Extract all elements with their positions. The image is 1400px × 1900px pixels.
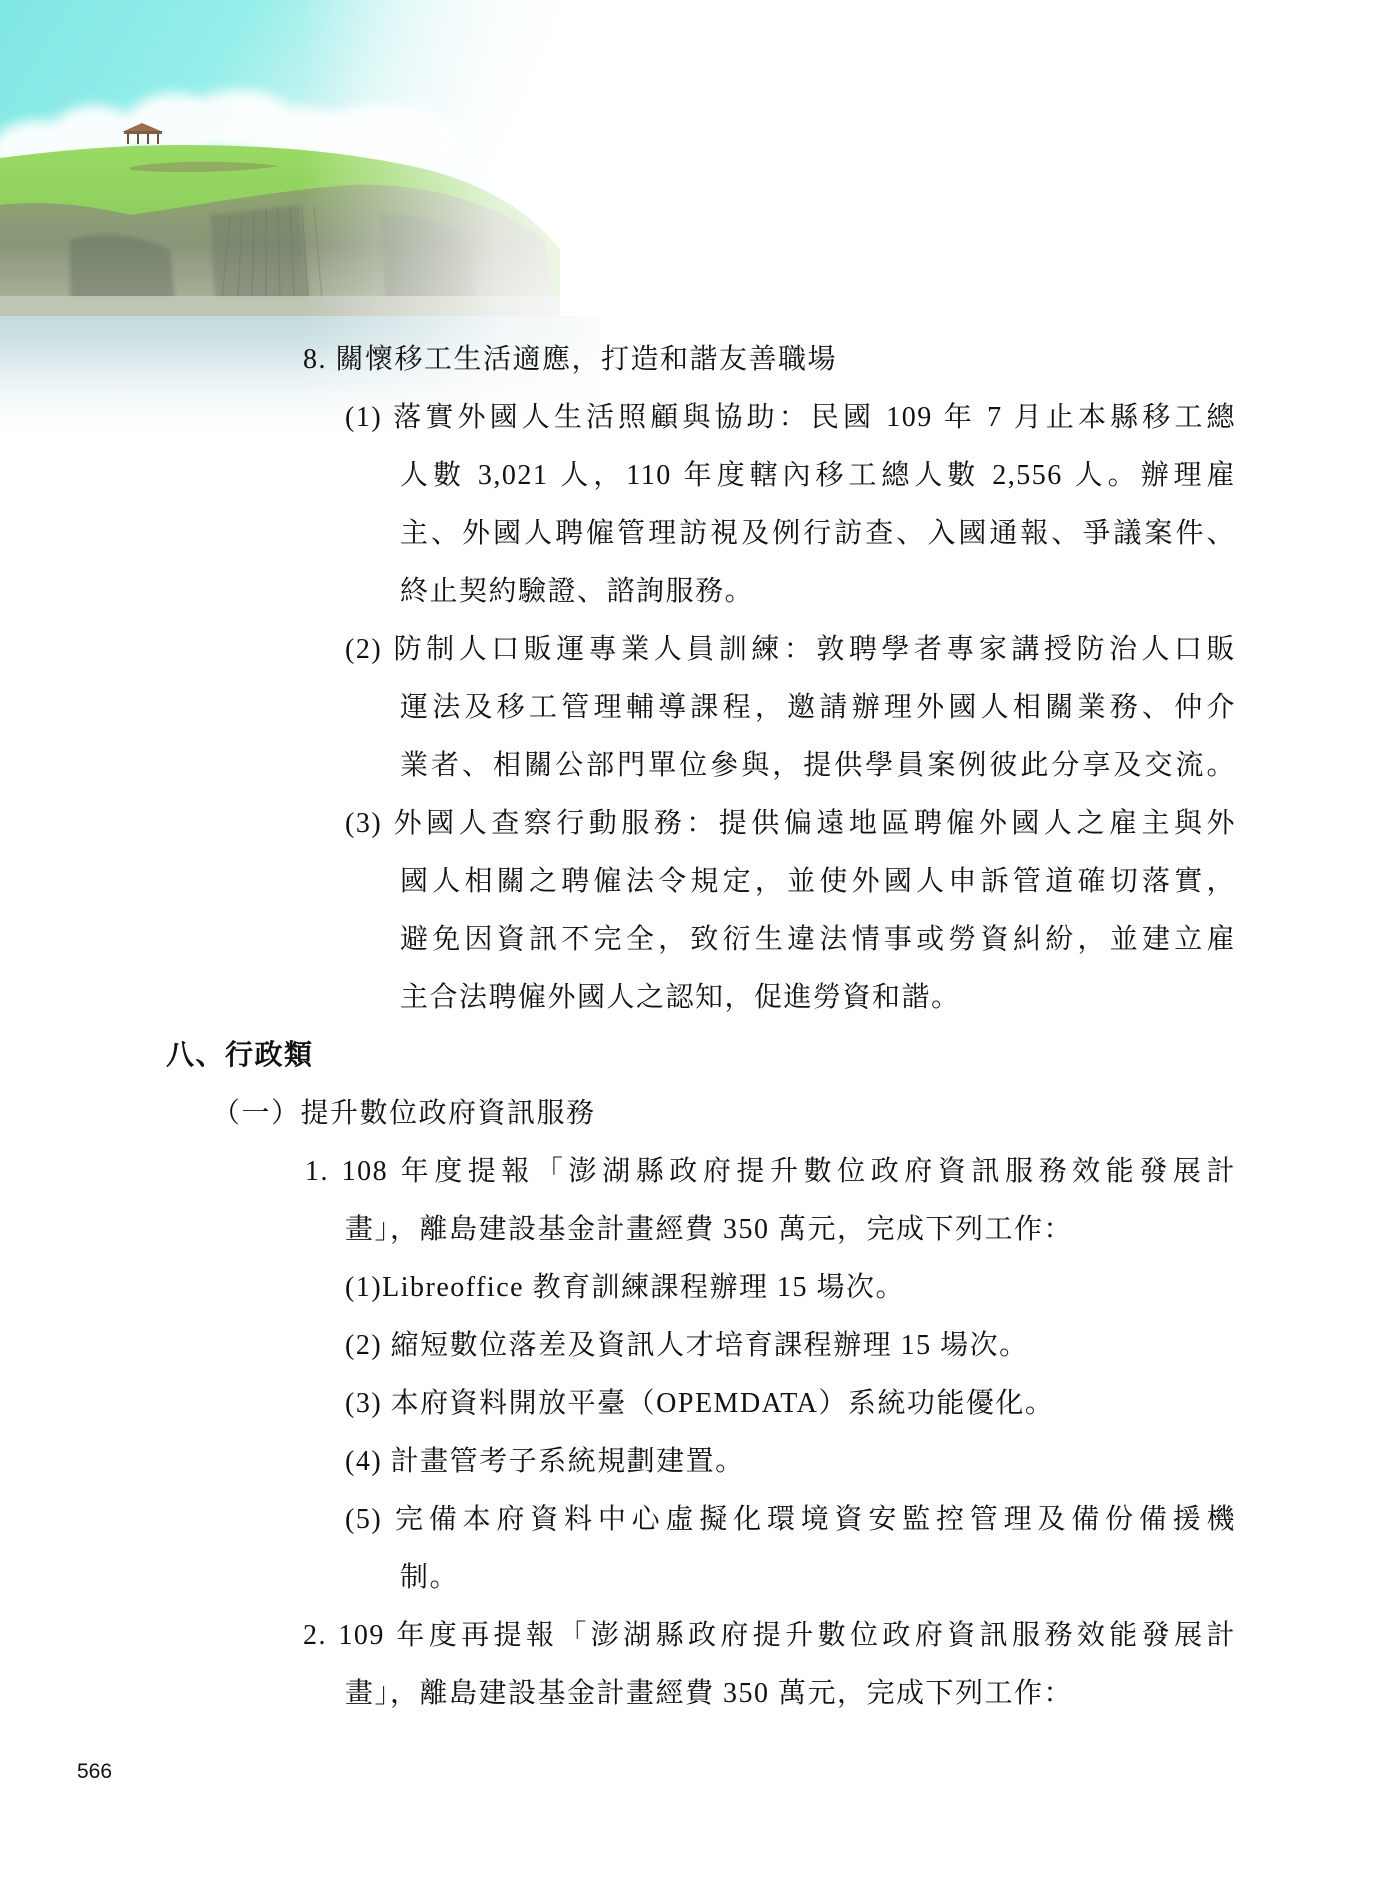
task-5: (5) 完備本府資料中心虛擬化環境資安監控管理及備份備援機 xyxy=(345,1491,1236,1549)
subitem-3-line: 主合法聘僱外國人之認知，促進勞資和諧。 xyxy=(400,969,961,1027)
subitem-1-line: 人數 3,021 人，110 年度轄內移工總人數 2,556 人。辦理雇 xyxy=(400,447,1236,505)
subitem-2-line: (2) 防制人口販運專業人員訓練：敦聘學者專家講授防治人口販 xyxy=(345,621,1236,679)
subitem-1-line: 終止契約驗證、諮詢服務。 xyxy=(400,563,754,621)
subitem-2-line: 業者、相關公部門單位參與，提供學員案例彼此分享及交流。 xyxy=(400,737,1236,795)
item-2-line: 2. 109 年度再提報「澎湖縣政府提升數位政府資訊服務效能發展計 xyxy=(303,1607,1236,1665)
subitem-3-line: (3) 外國人查察行動服務：提供偏遠地區聘僱外國人之雇主與外 xyxy=(345,795,1236,853)
item-2-line: 畫」，離島建設基金計畫經費 350 萬元，完成下列工作： xyxy=(345,1665,1073,1723)
subitem-3-line: 避免因資訊不完全，致衍生違法情事或勞資糾紛，並建立雇 xyxy=(400,911,1236,969)
subitem-1-line: (1) 落實外國人生活照顧與協助：民國 109 年 7 月止本縣移工總 xyxy=(345,389,1236,447)
task-1: (1)Libreoffice 教育訓練課程辦理 15 場次。 xyxy=(345,1259,905,1317)
subitem-3-line: 國人相關之聘僱法令規定，並使外國人申訴管道確切落實， xyxy=(400,853,1236,911)
task-2: (2) 縮短數位落差及資訊人才培育課程辦理 15 場次。 xyxy=(345,1317,1029,1375)
subitem-1-line: 主、外國人聘僱管理訪視及例行訪查、入國通報、爭議案件、 xyxy=(400,505,1236,563)
page-number: 566 xyxy=(77,1760,112,1784)
item-1-line: 畫」，離島建設基金計畫經費 350 萬元，完成下列工作： xyxy=(345,1201,1073,1259)
section-heading: 八、行政類 xyxy=(166,1027,314,1085)
subitem-2-line: 運法及移工管理輔導課程，邀請辦理外國人相關業務、仲介 xyxy=(400,679,1236,737)
subsection-title: （一）提升數位政府資訊服務 xyxy=(212,1085,596,1143)
document-page: 8. 關懷移工生活適應，打造和諧友善職場 (1) 落實外國人生活照顧與協助：民國… xyxy=(0,0,1400,1900)
task-3: (3) 本府資料開放平臺（OPEMDATA）系統功能優化。 xyxy=(345,1375,1054,1433)
task-4: (4) 計畫管考子系統規劃建置。 xyxy=(345,1433,745,1491)
item-8-title: 8. 關懷移工生活適應，打造和諧友善職場 xyxy=(303,331,837,389)
task-5-cont: 制。 xyxy=(400,1549,459,1607)
item-1-line: 1. 108 年度提報「澎湖縣政府提升數位政府資訊服務效能發展計 xyxy=(305,1143,1236,1201)
